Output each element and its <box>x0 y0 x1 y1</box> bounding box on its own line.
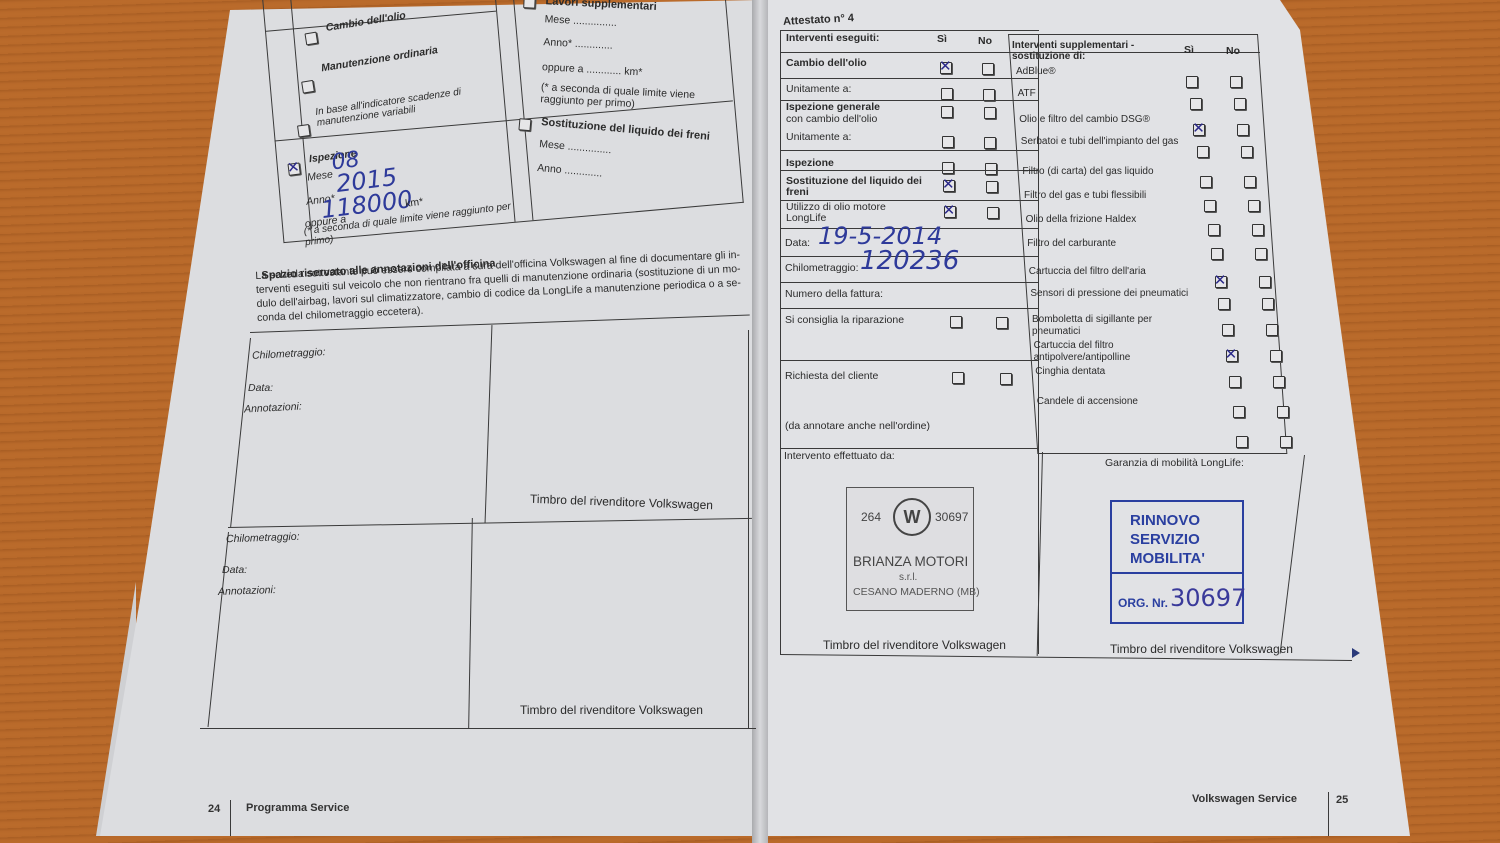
checkbox-lavori-supplementari[interactable] <box>523 0 536 9</box>
checkbox-si[interactable] <box>1193 124 1205 136</box>
row-label: Sensori di pressione dei pneumatici <box>1030 288 1198 300</box>
checkbox-no[interactable] <box>986 181 998 193</box>
checkbox-no[interactable] <box>1252 224 1264 236</box>
checkbox-no[interactable] <box>1259 276 1271 288</box>
checkbox-richiesta-no[interactable] <box>1000 373 1012 385</box>
row-divider <box>780 170 1038 171</box>
richiesta-note: (da annotare anche nell'ordine) <box>785 420 945 432</box>
left-page-number: 24 <box>208 803 220 815</box>
checkbox-richiesta-si[interactable] <box>952 372 964 384</box>
handwritten-km-right: 120236 <box>860 246 959 276</box>
intervento-stamp-label: Timbro del rivenditore Volkswagen <box>823 638 1006 652</box>
checkbox-si[interactable] <box>942 162 954 174</box>
row-label: Olio e filtro del cambio DSG® <box>1019 114 1187 126</box>
riparazione-label: Si consiglia la riparazione <box>785 314 904 326</box>
checkbox-no[interactable] <box>1234 98 1246 110</box>
checkbox-riparazione-si[interactable] <box>950 316 962 328</box>
row-label: Cambio dell'olio <box>786 58 926 69</box>
checkbox-no[interactable] <box>1280 436 1292 448</box>
row-label: Filtro del carburante <box>1027 238 1195 250</box>
row-label: Cinghia dentata <box>1035 366 1203 378</box>
km-label: Chilometraggio: <box>785 262 859 274</box>
header-si: Sì <box>937 33 947 45</box>
row-label: AdBlue® <box>1016 66 1184 78</box>
checkbox-sostituzione-freni-left[interactable] <box>518 118 531 131</box>
stamp-code-left: 264 <box>861 510 881 524</box>
checkbox-manutenzione-ordinaria[interactable] <box>301 80 315 94</box>
fattura-label: Numero della fattura: <box>785 288 883 300</box>
mobility-org-label: ORG. Nr. <box>1118 596 1168 610</box>
checkbox-si[interactable] <box>943 180 955 192</box>
garanzia-stamp-label: Timbro del rivenditore Volkswagen <box>1110 642 1293 656</box>
next-page-arrow-icon <box>1352 648 1360 658</box>
checkbox-si[interactable] <box>942 136 954 148</box>
checkbox-si[interactable] <box>1236 436 1248 448</box>
row-label: Olio della frizione Haldex <box>1026 214 1194 226</box>
checkbox-no[interactable] <box>987 207 999 219</box>
checkbox-si[interactable] <box>1218 298 1230 310</box>
checkbox-ispezione[interactable] <box>287 162 300 175</box>
checkbox-si[interactable] <box>1229 376 1241 388</box>
right-footer-section: Volkswagen Service <box>1192 793 1297 805</box>
richiesta-label: Richiesta del cliente <box>785 370 878 382</box>
row-label: Unitamente a: <box>786 132 926 143</box>
checkbox-no[interactable] <box>1270 350 1282 362</box>
checkbox-no[interactable] <box>1248 200 1260 212</box>
label-km-unit: km* <box>404 196 423 210</box>
checkbox-si[interactable] <box>1200 176 1212 188</box>
row-label: Serbatoi e tubi dell'impianto del gas <box>1021 136 1189 148</box>
checkbox-si[interactable] <box>1222 324 1234 336</box>
row-sublabel: con cambio dell'olio <box>786 113 877 125</box>
row-label: Candele di accensione <box>1037 396 1205 408</box>
checkbox-riparazione-no[interactable] <box>996 317 1008 329</box>
row-label: Sostituzione del liquido dei freni <box>786 176 926 198</box>
row-label: ATF <box>1018 88 1186 100</box>
row-label: Utilizzo di olio motore LongLife <box>786 202 926 224</box>
row-label: Bomboletta di sigillante per pneumatici <box>1032 314 1200 338</box>
checkbox-cambio-olio[interactable] <box>304 32 318 46</box>
header-interventi-eseguiti: Interventi eseguiti: <box>786 32 879 44</box>
checkbox-si[interactable] <box>1190 98 1202 110</box>
checkbox-no[interactable] <box>1230 76 1242 88</box>
row-label: Filtro (di carta) del gas liquido <box>1022 166 1190 178</box>
left-footer-section: Programma Service <box>246 802 349 814</box>
row-divider <box>780 100 1038 101</box>
checkbox-si[interactable] <box>1208 224 1220 236</box>
right-page-number: 25 <box>1336 794 1348 806</box>
row-label: Filtro del gas e tubi flessibili <box>1024 190 1192 202</box>
checkbox-no[interactable] <box>1277 406 1289 418</box>
stamp-dealer-name: BRIANZA MOTORI <box>853 554 968 569</box>
checkbox-si[interactable] <box>1197 146 1209 158</box>
vw-logo-icon: W <box>893 498 931 536</box>
row-label: Cartuccia del filtro dell'aria <box>1029 266 1197 278</box>
checkbox-no[interactable] <box>1266 324 1278 336</box>
checkbox-si[interactable] <box>940 62 952 74</box>
stamp-code-right: 30697 <box>935 510 968 524</box>
checkbox-si[interactable] <box>1211 248 1223 260</box>
left-top-section: Cambio dell'olio Manutenzione ordinaria … <box>0 0 760 270</box>
checkbox-no[interactable] <box>982 63 994 75</box>
checkbox-no[interactable] <box>984 137 996 149</box>
mobility-line-2: SERVIZIO <box>1130 531 1200 548</box>
checkbox-indicatore-variabili[interactable] <box>297 124 311 138</box>
row-divider <box>780 200 1038 201</box>
dealer-stamp: 264 W 30697 BRIANZA MOTORI s.r.l. CESANO… <box>846 487 974 611</box>
row-label: Ispezione generale <box>786 102 926 113</box>
checkbox-si[interactable] <box>944 206 956 218</box>
row-label: Ispezione <box>786 158 926 169</box>
block2-stamp-label: Timbro del rivenditore Volkswagen <box>520 703 703 717</box>
block2-date-label: Data: <box>222 564 247 576</box>
checkbox-no[interactable] <box>1244 176 1256 188</box>
stamp-dealer-city: CESANO MADERNO (MB) <box>853 586 980 598</box>
row-label: Unitamente a: <box>786 84 926 95</box>
row-divider <box>780 78 1038 79</box>
checkbox-si[interactable] <box>1215 276 1227 288</box>
header-no-2: No <box>1226 45 1240 57</box>
checkbox-si[interactable] <box>1226 350 1238 362</box>
data-label: Data: <box>785 237 810 249</box>
block2-notes-label: Annotazioni: <box>218 584 276 598</box>
checkbox-no[interactable] <box>1262 298 1274 310</box>
checkbox-si[interactable] <box>1186 76 1198 88</box>
checkbox-no[interactable] <box>984 107 996 119</box>
checkbox-si[interactable] <box>941 88 953 100</box>
mobility-org-value: 30697 <box>1170 584 1246 612</box>
mobility-line-1: RINNOVO <box>1130 512 1200 529</box>
checkbox-si[interactable] <box>1233 406 1245 418</box>
mobility-stamp: RINNOVO SERVIZIO MOBILITA' ORG. Nr. 3069… <box>1110 500 1244 624</box>
header-no: No <box>978 35 992 47</box>
checkbox-no[interactable] <box>1255 248 1267 260</box>
garanzia-label: Garanzia di mobilità LongLife: <box>1105 457 1244 469</box>
checkbox-no[interactable] <box>1241 146 1253 158</box>
block2-km-label: Chilometraggio: <box>226 531 300 546</box>
checkbox-si[interactable] <box>941 106 953 118</box>
stamp-dealer-type: s.r.l. <box>899 572 917 583</box>
block1-date-label: Data: <box>248 382 273 394</box>
row-divider <box>780 150 1038 151</box>
mobility-line-3: MOBILITA' <box>1130 550 1205 567</box>
row-label: Cartuccia del filtro antipolvere/antipol… <box>1034 340 1202 364</box>
checkbox-si[interactable] <box>1204 200 1216 212</box>
checkbox-no[interactable] <box>1273 376 1285 388</box>
intervento-label: Intervento effettuato da: <box>784 450 895 462</box>
checkbox-no[interactable] <box>1237 124 1249 136</box>
header-si-2: Sì <box>1184 44 1194 56</box>
header-interventi-supplementari: Interventi supplementari - sostituzione … <box>1012 40 1172 62</box>
checkbox-no[interactable] <box>985 163 997 175</box>
